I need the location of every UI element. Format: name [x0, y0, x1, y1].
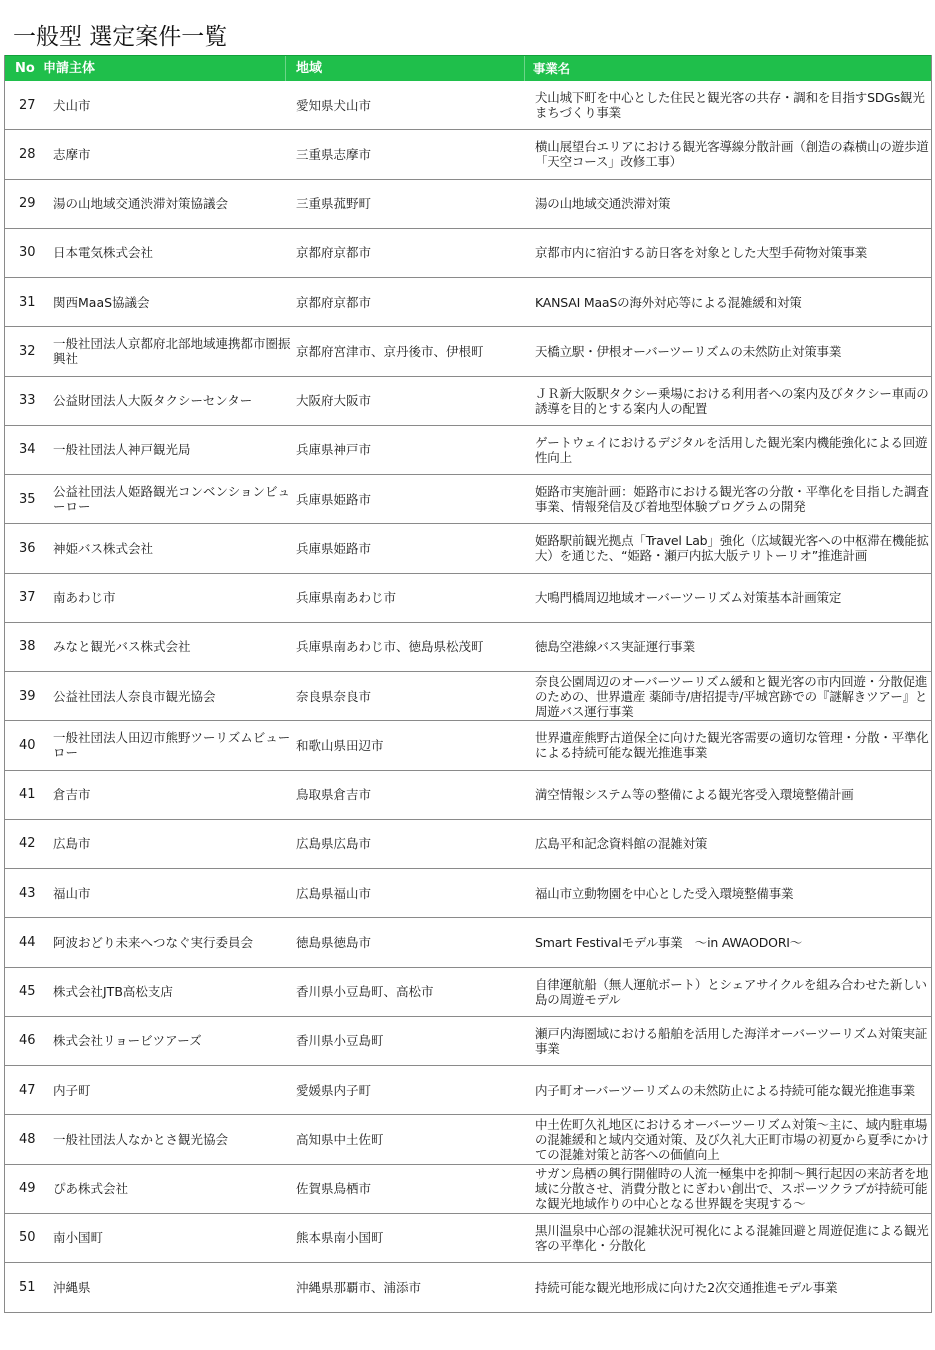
- row-region: 佐賀県鳥栖市: [296, 1181, 535, 1196]
- header-applicant: 申請主体: [43, 61, 285, 76]
- row-project: 天橋立駅・伊根オーバーツーリズムの未然防止対策事業: [535, 344, 931, 359]
- row-applicant: 沖縄県: [43, 1280, 296, 1295]
- table-row: 49ぴあ株式会社佐賀県鳥栖市サガン鳥栖の興行開催時の人流一極集中を抑制～興行起因…: [5, 1165, 931, 1214]
- row-project: サガン鳥栖の興行開催時の人流一極集中を抑制～興行起因の来訪者を地域に分散させ、消…: [535, 1166, 931, 1211]
- table-row: 31関西MaaS協議会京都府京都市KANSAI MaaSの海外対応等による混雑緩…: [5, 278, 931, 327]
- row-region: 兵庫県神戸市: [296, 442, 535, 457]
- row-applicant: 一般社団法人京都府北部地域連携都市圏振興社: [43, 336, 296, 366]
- row-project: 犬山城下町を中心とした住民と観光客の共存・調和を目指すSDGs観光まちづくり事業: [535, 90, 931, 120]
- table-row: 43福山市広島県福山市福山市立動物園を中心とした受入環境整備事業: [5, 869, 931, 918]
- table-row: 45株式会社JTB高松支店香川県小豆島町、高松市自律運航船（無人運航ボート）とシ…: [5, 968, 931, 1017]
- table-row: 36神姫バス株式会社兵庫県姫路市姫路駅前観光拠点「Travel Lab」強化（広…: [5, 524, 931, 573]
- row-project: 京都市内に宿泊する訪日客を対象とした大型手荷物対策事業: [535, 245, 931, 260]
- table-row: 39公益社団法人奈良市観光協会奈良県奈良市奈良公園周辺のオーバーツーリズム緩和と…: [5, 672, 931, 721]
- row-applicant: 公益社団法人奈良市観光協会: [43, 689, 296, 704]
- row-project: 姫路駅前観光拠点「Travel Lab」強化（広域観光客への中枢滞在機能拡大）を…: [535, 533, 931, 563]
- row-region: 広島県福山市: [296, 886, 535, 901]
- row-region: 兵庫県南あわじ市: [296, 590, 535, 605]
- table-row: 40一般社団法人田辺市熊野ツーリズムビューロー和歌山県田辺市世界遺産熊野古道保全…: [5, 721, 931, 770]
- row-applicant: 志摩市: [43, 147, 296, 162]
- row-region: 愛媛県内子町: [296, 1083, 535, 1098]
- table-row: 33公益財団法人大阪タクシーセンター大阪府大阪市ＪＲ新大阪駅タクシー乗場における…: [5, 377, 931, 426]
- row-no: 29: [5, 196, 43, 211]
- row-project: 世界遺産熊野古道保全に向けた観光客需要の適切な管理・分散・平準化による持続可能な…: [535, 730, 931, 760]
- table-row: 28志摩市三重県志摩市横山展望台エリアにおける観光客導線分散計画（創造の森横山の…: [5, 130, 931, 179]
- row-region: 愛知県犬山市: [296, 98, 535, 113]
- row-region: 兵庫県姫路市: [296, 492, 535, 507]
- row-region: 大阪府大阪市: [296, 393, 535, 408]
- row-region: 広島県広島市: [296, 836, 535, 851]
- row-region: 三重県菰野町: [296, 196, 535, 211]
- row-region: 三重県志摩市: [296, 147, 535, 162]
- row-applicant: 湯の山地域交通渋滞対策協議会: [43, 196, 296, 211]
- row-region: 徳島県徳島市: [296, 935, 535, 950]
- row-region: 奈良県奈良市: [296, 689, 535, 704]
- row-region: 和歌山県田辺市: [296, 738, 535, 753]
- row-no: 28: [5, 147, 43, 162]
- row-no: 49: [5, 1181, 43, 1196]
- table-row: 29湯の山地域交通渋滞対策協議会三重県菰野町湯の山地域交通渋滞対策: [5, 180, 931, 229]
- row-applicant: 福山市: [43, 886, 296, 901]
- row-applicant: 南あわじ市: [43, 590, 296, 605]
- row-no: 30: [5, 245, 43, 260]
- row-project: 奈良公園周辺のオーバーツーリズム緩和と観光客の市内回遊・分散促進のための、世界遺…: [535, 674, 931, 719]
- row-applicant: 関西MaaS協議会: [43, 295, 296, 310]
- table-row: 51沖縄県沖縄県那覇市、浦添市持続可能な観光地形成に向けた2次交通推進モデル事業: [5, 1263, 931, 1312]
- table-row: 37南あわじ市兵庫県南あわじ市大鳴門橋周辺地域オーバーツーリズム対策基本計画策定: [5, 574, 931, 623]
- row-no: 31: [5, 295, 43, 310]
- row-applicant: 内子町: [43, 1083, 296, 1098]
- row-project: 満空情報システム等の整備による観光客受入環境整備計画: [535, 787, 931, 802]
- row-no: 45: [5, 984, 43, 999]
- row-applicant: 神姫バス株式会社: [43, 541, 296, 556]
- row-no: 50: [5, 1230, 43, 1245]
- table-row: 48一般社団法人なかとさ観光協会高知県中土佐町中土佐町久礼地区におけるオーバーツ…: [5, 1115, 931, 1164]
- table-row: 46株式会社リョービツアーズ香川県小豆島町瀬戸内海圏域における船舶を活用した海洋…: [5, 1017, 931, 1066]
- table-body: 27犬山市愛知県犬山市犬山城下町を中心とした住民と観光客の共存・調和を目指すSD…: [5, 81, 931, 1312]
- row-no: 33: [5, 393, 43, 408]
- row-no: 27: [5, 98, 43, 113]
- header-project: 事業名: [524, 56, 931, 81]
- row-project: 横山展望台エリアにおける観光客導線分散計画（創造の森横山の遊歩道「天空コース」改…: [535, 139, 931, 169]
- row-project: 姫路市実施計画：姫路市における観光客の分散・平準化を目指した調査事業、情報発信及…: [535, 484, 931, 514]
- row-no: 47: [5, 1083, 43, 1098]
- table-row: 30日本電気株式会社京都府京都市京都市内に宿泊する訪日客を対象とした大型手荷物対…: [5, 229, 931, 278]
- row-project: 中土佐町久礼地区におけるオーバーツーリズム対策～主に、域内駐車場の混雑緩和と域内…: [535, 1117, 931, 1162]
- row-project: KANSAI MaaSの海外対応等による混雑緩和対策: [535, 295, 931, 310]
- row-applicant: 広島市: [43, 836, 296, 851]
- row-applicant: 一般社団法人なかとさ観光協会: [43, 1132, 296, 1147]
- row-no: 48: [5, 1132, 43, 1147]
- row-project: 福山市立動物園を中心とした受入環境整備事業: [535, 886, 931, 901]
- row-no: 41: [5, 787, 43, 802]
- row-applicant: 株式会社JTB高松支店: [43, 984, 296, 999]
- row-applicant: 一般社団法人神戸観光局: [43, 442, 296, 457]
- row-no: 34: [5, 442, 43, 457]
- row-project: 広島平和記念資料館の混雑対策: [535, 836, 931, 851]
- row-no: 40: [5, 738, 43, 753]
- row-region: 香川県小豆島町: [296, 1033, 535, 1048]
- page-title: 一般型 選定案件一覧: [13, 18, 227, 51]
- table-row: 34一般社団法人神戸観光局兵庫県神戸市ゲートウェイにおけるデジタルを活用した観光…: [5, 426, 931, 475]
- row-applicant: 南小国町: [43, 1230, 296, 1245]
- row-no: 43: [5, 886, 43, 901]
- row-no: 39: [5, 689, 43, 704]
- row-applicant: 犬山市: [43, 98, 296, 113]
- row-no: 44: [5, 935, 43, 950]
- row-no: 37: [5, 590, 43, 605]
- row-applicant: 日本電気株式会社: [43, 245, 296, 260]
- table-row: 42広島市広島県広島市広島平和記念資料館の混雑対策: [5, 820, 931, 869]
- row-project: 黒川温泉中心部の混雑状況可視化による混雑回避と周遊促進による観光客の平準化・分散…: [535, 1223, 931, 1253]
- header-no: No: [5, 61, 43, 76]
- row-region: 鳥取県倉吉市: [296, 787, 535, 802]
- row-project: 持続可能な観光地形成に向けた2次交通推進モデル事業: [535, 1280, 931, 1295]
- row-region: 香川県小豆島町、高松市: [296, 984, 535, 999]
- row-project: 自律運航船（無人運航ボート）とシェアサイクルを組み合わせた新しい島の周遊モデル: [535, 977, 931, 1007]
- row-applicant: みなと観光バス株式会社: [43, 639, 296, 654]
- table-row: 32一般社団法人京都府北部地域連携都市圏振興社京都府宮津市、京丹後市、伊根町天橋…: [5, 327, 931, 376]
- selected-projects-table: No 申請主体 地域 事業名 27犬山市愛知県犬山市犬山城下町を中心とした住民と…: [4, 55, 932, 1313]
- row-no: 46: [5, 1033, 43, 1048]
- row-project: 湯の山地域交通渋滞対策: [535, 196, 931, 211]
- table-row: 38みなと観光バス株式会社兵庫県南あわじ市、徳島県松茂町徳島空港線バス実証運行事…: [5, 623, 931, 672]
- row-applicant: ぴあ株式会社: [43, 1181, 296, 1196]
- table-row: 35公益社団法人姫路観光コンベンションビューロー兵庫県姫路市姫路市実施計画：姫路…: [5, 475, 931, 524]
- row-project: 内子町オーバーツーリズムの未然防止による持続可能な観光推進事業: [535, 1083, 931, 1098]
- row-no: 42: [5, 836, 43, 851]
- row-no: 38: [5, 639, 43, 654]
- row-no: 32: [5, 344, 43, 359]
- row-project: 瀬戸内海圏域における船舶を活用した海洋オーバーツーリズム対策実証事業: [535, 1026, 931, 1056]
- row-applicant: 一般社団法人田辺市熊野ツーリズムビューロー: [43, 730, 296, 760]
- table-row: 44阿波おどり未来へつなぐ実行委員会徳島県徳島市Smart Festivalモデ…: [5, 918, 931, 967]
- row-project: ＪＲ新大阪駅タクシー乗場における利用者への案内及びタクシー車両の誘導を目的とする…: [535, 386, 931, 416]
- row-region: 兵庫県南あわじ市、徳島県松茂町: [296, 639, 535, 654]
- row-applicant: 公益財団法人大阪タクシーセンター: [43, 393, 296, 408]
- row-project: ゲートウェイにおけるデジタルを活用した観光案内機能強化による回遊性向上: [535, 435, 931, 465]
- row-region: 京都府宮津市、京丹後市、伊根町: [296, 344, 535, 359]
- row-region: 高知県中土佐町: [296, 1132, 535, 1147]
- row-region: 京都府京都市: [296, 245, 535, 260]
- row-region: 京都府京都市: [296, 295, 535, 310]
- table-row: 47内子町愛媛県内子町内子町オーバーツーリズムの未然防止による持続可能な観光推進…: [5, 1066, 931, 1115]
- table-header: No 申請主体 地域 事業名: [5, 55, 931, 81]
- row-no: 51: [5, 1280, 43, 1295]
- row-region: 沖縄県那覇市、浦添市: [296, 1280, 535, 1295]
- table-row: 27犬山市愛知県犬山市犬山城下町を中心とした住民と観光客の共存・調和を目指すSD…: [5, 81, 931, 130]
- row-project: 大鳴門橋周辺地域オーバーツーリズム対策基本計画策定: [535, 590, 931, 605]
- table-row: 50南小国町熊本県南小国町黒川温泉中心部の混雑状況可視化による混雑回避と周遊促進…: [5, 1214, 931, 1263]
- row-project: 徳島空港線バス実証運行事業: [535, 639, 931, 654]
- row-applicant: 公益社団法人姫路観光コンベンションビューロー: [43, 484, 296, 514]
- row-applicant: 倉吉市: [43, 787, 296, 802]
- row-applicant: 阿波おどり未来へつなぐ実行委員会: [43, 935, 296, 950]
- row-no: 35: [5, 492, 43, 507]
- row-project: Smart Festivalモデル事業 ～in AWAODORI～: [535, 935, 931, 950]
- row-region: 熊本県南小国町: [296, 1230, 535, 1245]
- row-no: 36: [5, 541, 43, 556]
- row-region: 兵庫県姫路市: [296, 541, 535, 556]
- row-applicant: 株式会社リョービツアーズ: [43, 1033, 296, 1048]
- header-region: 地域: [285, 56, 524, 81]
- table-row: 41倉吉市鳥取県倉吉市満空情報システム等の整備による観光客受入環境整備計画: [5, 771, 931, 820]
